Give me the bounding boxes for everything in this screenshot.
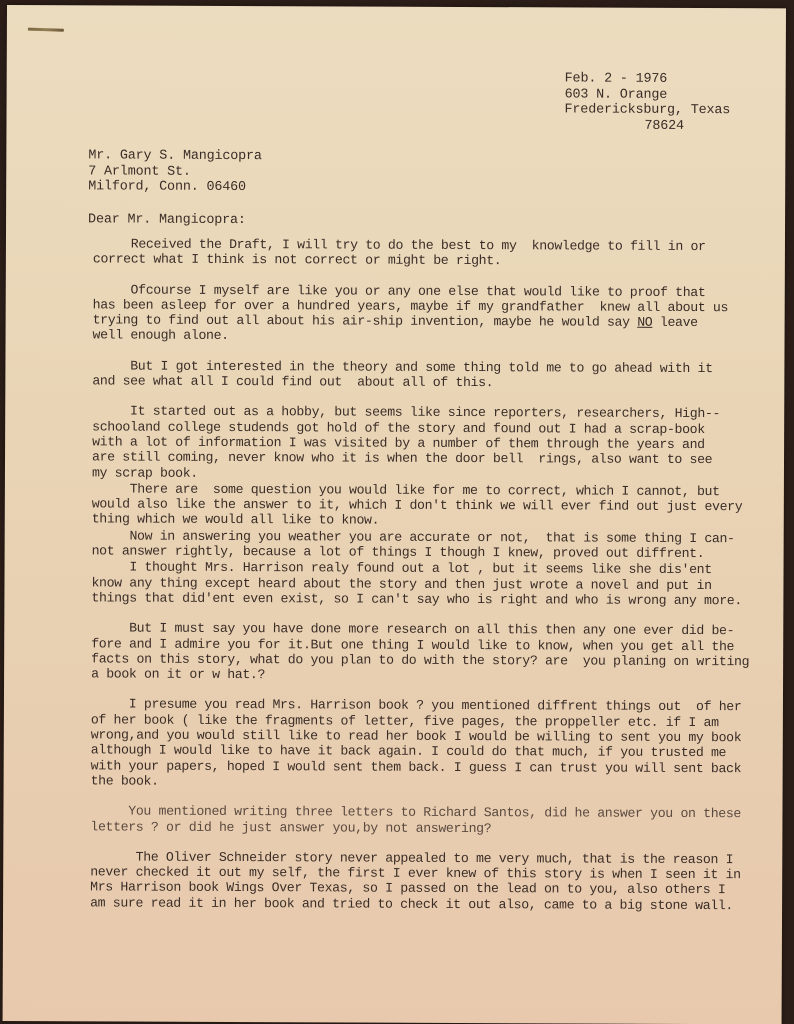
staple-mark xyxy=(28,28,64,32)
text-line: things that did'ent even exist, so I can… xyxy=(91,590,771,608)
paragraph: There are some question you would like f… xyxy=(92,481,772,530)
paragraph: The Oliver Schneider story never appeale… xyxy=(90,849,770,913)
paragraph: You mentioned writing three letters to R… xyxy=(90,804,770,838)
paragraph: Received the Draft, I will try to do the… xyxy=(93,236,773,270)
recipient-street: 7 Arlmont St. xyxy=(88,164,262,180)
paragraph: I thought Mrs. Harrison realy found out … xyxy=(91,560,771,609)
salutation: Dear Mr. Mangicopra: xyxy=(88,212,246,228)
text-line: correct what I think is not correct or m… xyxy=(93,252,773,270)
text-line: my scrap book. xyxy=(92,465,772,483)
paragraph: Now in answering you weather you are acc… xyxy=(92,528,772,562)
text-line: am sure read it in her book and tried to… xyxy=(90,895,770,913)
underlined-word: NO xyxy=(637,315,652,330)
recipient-name: Mr. Gary S. Mangicopra xyxy=(88,148,262,164)
paragraph: I presume you read Mrs. Harrison book ? … xyxy=(91,697,771,792)
text-line: with your papers, hoped I would sent the… xyxy=(91,758,771,776)
paragraph: But I must say you have done more resear… xyxy=(91,621,771,685)
recipient-city-state-zip: Milford, Conn. 06460 xyxy=(88,179,262,195)
paragraph: It started out as a hobby, but seems lik… xyxy=(92,404,772,483)
paragraph: Ofcourse I myself are like you or any on… xyxy=(93,282,773,346)
text-line: thing which we would all like to know. xyxy=(92,512,772,530)
letter-date: Feb. 2 - 1976 xyxy=(565,71,731,87)
paragraph: But I got interested in the theory and s… xyxy=(92,358,772,392)
photo-background: Feb. 2 - 1976603 N. OrangeFredericksburg… xyxy=(0,0,794,1024)
sender-zip: 78624 xyxy=(564,118,730,134)
sender-address-block: Feb. 2 - 1976603 N. OrangeFredericksburg… xyxy=(564,71,730,134)
letter-page: Feb. 2 - 1976603 N. OrangeFredericksburg… xyxy=(3,5,786,1024)
sender-street: 603 N. Orange xyxy=(565,87,731,103)
letter-body: Received the Draft, I will try to do the… xyxy=(90,236,773,913)
text-line: well enough alone. xyxy=(93,328,773,346)
recipient-address-block: Mr. Gary S. Mangicopra7 Arlmont St.Milfo… xyxy=(88,148,262,195)
text-line: letters ? or did he just answer you,by n… xyxy=(90,819,770,837)
sender-city-state: Fredericksburg, Texas xyxy=(565,102,731,118)
